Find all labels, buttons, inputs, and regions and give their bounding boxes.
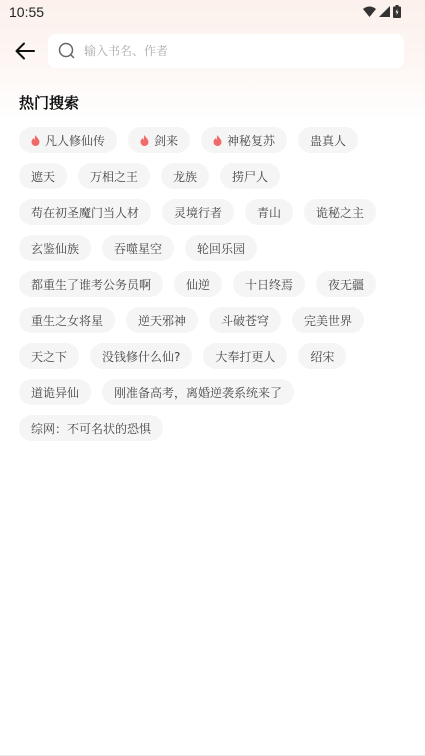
tag-label: 捞尸人 [232, 168, 268, 185]
status-bar: 10:55 [0, 0, 425, 24]
tag-label: 剑来 [154, 132, 178, 149]
hot-search-tag[interactable]: 完美世界 [292, 307, 364, 333]
hot-search-tag[interactable]: 重生之女将星 [19, 307, 115, 333]
hot-search-tag[interactable]: 绍宋 [298, 343, 346, 369]
tag-label: 天之下 [31, 348, 67, 365]
search-header [0, 34, 425, 68]
search-input[interactable] [84, 34, 384, 68]
hot-search-tags: 凡人修仙传剑来神秘复苏蛊真人遮天万相之王龙族捞尸人苟在初圣魔门当人材灵境行者青山… [19, 127, 409, 441]
tag-label: 万相之王 [90, 168, 138, 185]
tag-label: 诡秘之主 [316, 204, 364, 221]
hot-search-tag[interactable]: 吞噬星空 [102, 235, 174, 261]
hot-search-tag[interactable]: 都重生了谁考公务员啊 [19, 271, 163, 297]
tag-label: 吞噬星空 [114, 240, 162, 257]
battery-icon [393, 5, 401, 18]
fire-icon [140, 135, 149, 146]
tag-label: 遮天 [31, 168, 55, 185]
search-box[interactable] [48, 34, 404, 68]
back-button[interactable] [14, 40, 38, 62]
hot-search-tag[interactable]: 诡秘之主 [304, 199, 376, 225]
fire-icon [213, 135, 222, 146]
wifi-icon [363, 6, 376, 17]
tag-label: 重生之女将星 [31, 312, 103, 329]
hot-search-tag[interactable]: 没钱修什么仙? [90, 343, 192, 369]
tag-label: 夜无疆 [328, 276, 364, 293]
tag-label: 神秘复苏 [227, 132, 275, 149]
hot-search-tag[interactable]: 灵境行者 [162, 199, 234, 225]
tag-label: 综网：不可名状的恐惧 [31, 420, 151, 437]
tag-label: 龙族 [173, 168, 197, 185]
tag-label: 玄鉴仙族 [31, 240, 79, 257]
hot-search-tag[interactable]: 凡人修仙传 [19, 127, 117, 153]
hot-search-tag[interactable]: 万相之王 [78, 163, 150, 189]
tag-label: 凡人修仙传 [45, 132, 105, 149]
hot-search-tag[interactable]: 刚准备高考，离婚逆袭系统来了 [102, 379, 294, 405]
tag-label: 都重生了谁考公务员啊 [31, 276, 151, 293]
tag-label: 完美世界 [304, 312, 352, 329]
hot-search-tag[interactable]: 道诡异仙 [19, 379, 91, 405]
hot-search-tag[interactable]: 轮回乐园 [185, 235, 257, 261]
tag-label: 大奉打更人 [215, 348, 275, 365]
tag-label: 斗破苍穹 [221, 312, 269, 329]
tag-label: 青山 [257, 204, 281, 221]
arrow-left-icon [14, 40, 36, 62]
hot-search-tag[interactable]: 逆天邪神 [126, 307, 198, 333]
tag-label: 逆天邪神 [138, 312, 186, 329]
tag-label: 没钱修什么仙? [102, 348, 180, 365]
tag-label: 绍宋 [310, 348, 334, 365]
hot-search-tag[interactable]: 斗破苍穹 [209, 307, 281, 333]
tag-label: 道诡异仙 [31, 384, 79, 401]
tag-label: 轮回乐园 [197, 240, 245, 257]
tag-label: 刚准备高考，离婚逆袭系统来了 [114, 384, 282, 401]
hot-search-tag[interactable]: 夜无疆 [316, 271, 376, 297]
hot-search-tag[interactable]: 青山 [245, 199, 293, 225]
hot-search-tag[interactable]: 十日终焉 [233, 271, 305, 297]
hot-search-tag[interactable]: 综网：不可名状的恐惧 [19, 415, 163, 441]
hot-search-tag[interactable]: 大奉打更人 [203, 343, 287, 369]
hot-search-tag[interactable]: 龙族 [161, 163, 209, 189]
hot-search-tag[interactable]: 玄鉴仙族 [19, 235, 91, 261]
hot-search-tag[interactable]: 天之下 [19, 343, 79, 369]
tag-label: 仙逆 [186, 276, 210, 293]
hot-search-tag[interactable]: 遮天 [19, 163, 67, 189]
search-icon [58, 42, 76, 60]
hot-search-tag[interactable]: 神秘复苏 [201, 127, 287, 153]
tag-label: 蛊真人 [310, 132, 346, 149]
hot-search-title: 热门搜索 [19, 92, 79, 113]
hot-search-tag[interactable]: 苟在初圣魔门当人材 [19, 199, 151, 225]
hot-search-tag[interactable]: 剑来 [128, 127, 190, 153]
tag-label: 灵境行者 [174, 204, 222, 221]
tag-label: 十日终焉 [245, 276, 293, 293]
hot-search-tag[interactable]: 仙逆 [174, 271, 222, 297]
signal-icon [379, 6, 390, 17]
fire-icon [31, 135, 40, 146]
tag-label: 苟在初圣魔门当人材 [31, 204, 139, 221]
hot-search-tag[interactable]: 捞尸人 [220, 163, 280, 189]
status-time: 10:55 [9, 4, 44, 20]
hot-search-tag[interactable]: 蛊真人 [298, 127, 358, 153]
